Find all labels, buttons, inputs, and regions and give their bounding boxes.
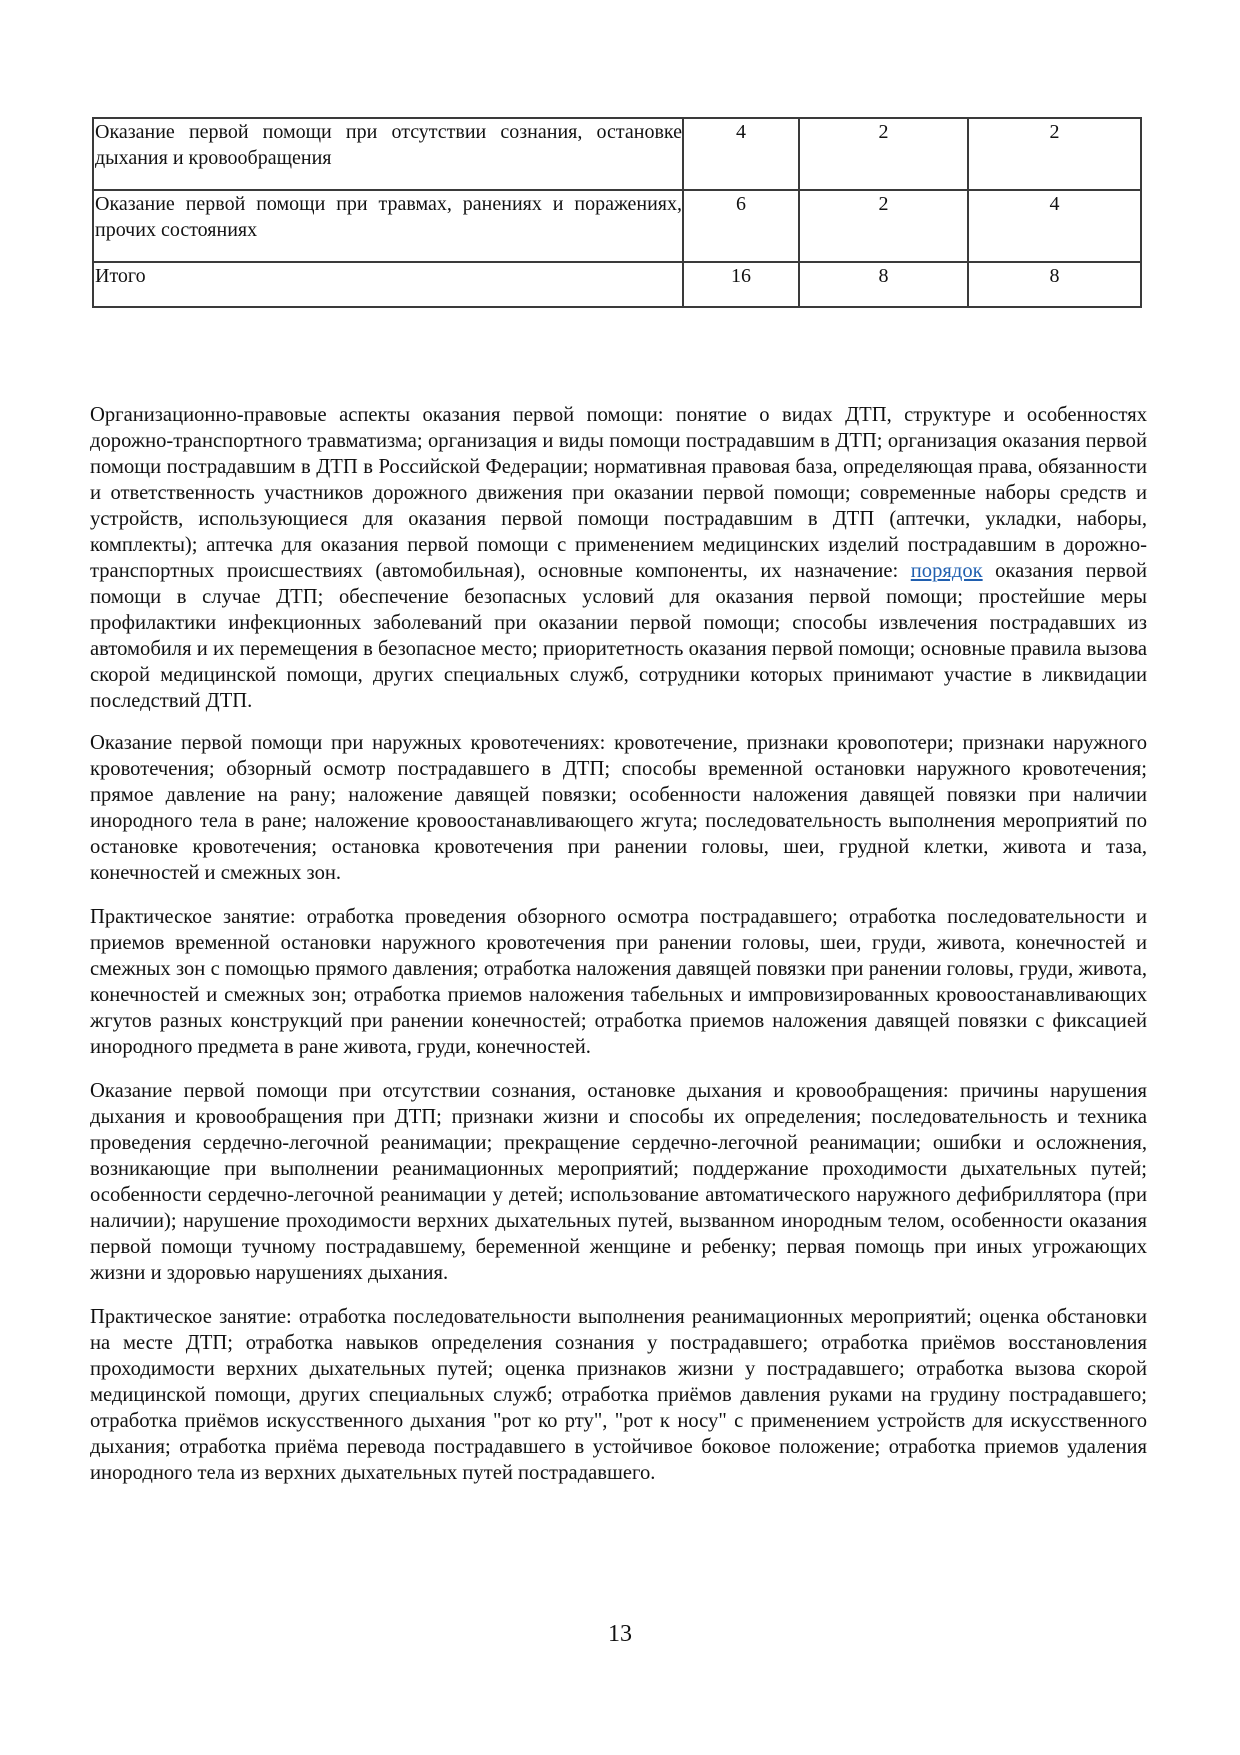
table-row: Оказание первой помощи при травмах, ране… <box>93 190 1141 262</box>
practice-hours-cell: 2 <box>968 118 1141 190</box>
theory-hours-cell: 8 <box>799 262 968 307</box>
body-text: Организационно-правовые аспекты оказания… <box>90 402 1147 1504</box>
paragraph-practice-bleeding: Практическое занятие: отработка проведен… <box>90 904 1147 1060</box>
paragraph-legal-aspects: Организационно-правовые аспекты оказания… <box>90 402 1147 714</box>
table-row: Оказание первой помощи при отсутствии со… <box>93 118 1141 190</box>
total-label-cell: Итого <box>93 262 683 307</box>
practice-hours-cell: 4 <box>968 190 1141 262</box>
total-hours-cell: 6 <box>683 190 799 262</box>
paragraph-text: Организационно-правовые аспекты оказания… <box>90 404 1147 582</box>
paragraph-text: оказания первой помощи в случае ДТП; обе… <box>90 560 1147 712</box>
order-link[interactable]: порядок <box>911 560 983 582</box>
paragraph-practice-resuscitation: Практическое занятие: отработка последов… <box>90 1304 1147 1486</box>
topic-cell: Оказание первой помощи при травмах, ране… <box>93 190 683 262</box>
total-hours-cell: 16 <box>683 262 799 307</box>
total-hours-cell: 4 <box>683 118 799 190</box>
topic-cell: Оказание первой помощи при отсутствии со… <box>93 118 683 190</box>
table-row-total: Итого 16 8 8 <box>93 262 1141 307</box>
paragraph-resuscitation: Оказание первой помощи при отсутствии со… <box>90 1078 1147 1286</box>
paragraph-bleeding: Оказание первой помощи при наружных кров… <box>90 730 1147 886</box>
theory-hours-cell: 2 <box>799 118 968 190</box>
document-page: Оказание первой помощи при отсутствии со… <box>0 0 1240 1755</box>
page-number: 13 <box>0 1621 1240 1648</box>
theory-hours-cell: 2 <box>799 190 968 262</box>
hours-table: Оказание первой помощи при отсутствии со… <box>92 117 1142 308</box>
practice-hours-cell: 8 <box>968 262 1141 307</box>
